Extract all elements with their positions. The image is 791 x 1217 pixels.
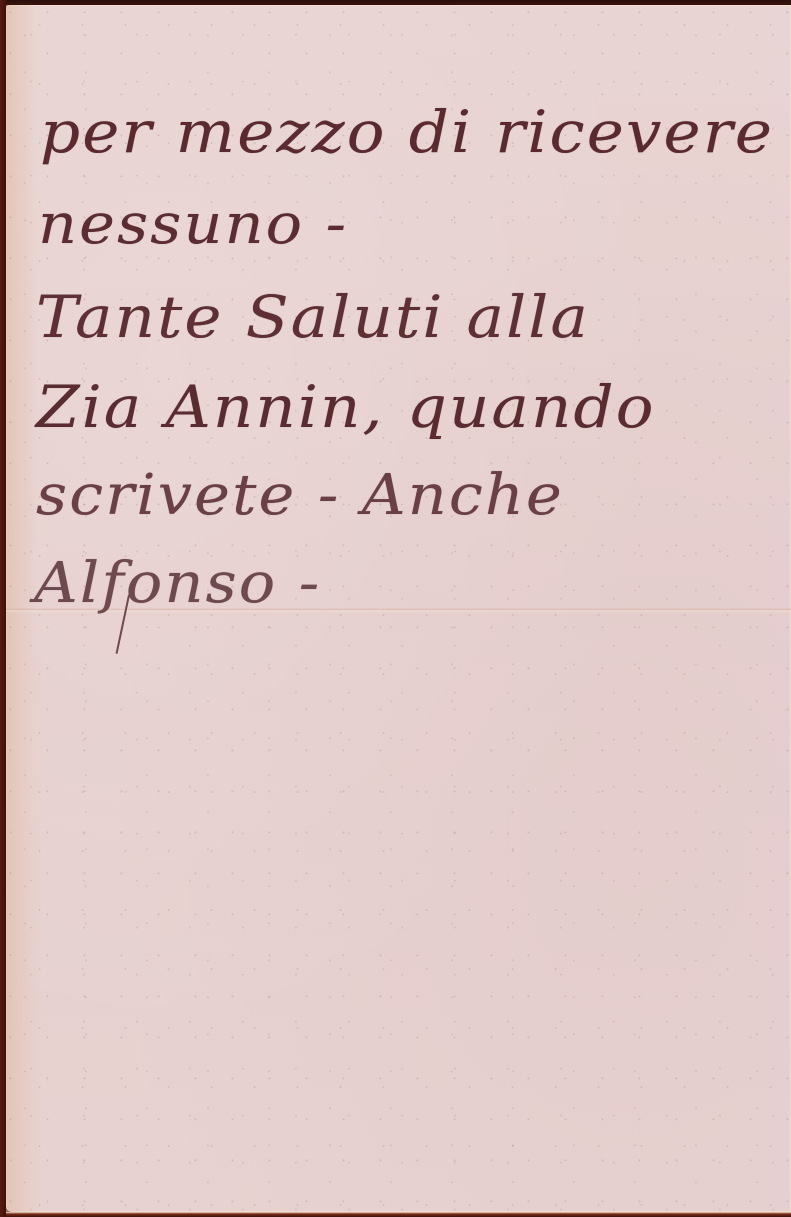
handwritten-line-2: nessuno - — [38, 197, 348, 253]
handwritten-line-3: Tante Saluti alla — [36, 288, 590, 346]
handwritten-line-4: Zia Annin, quando — [36, 378, 656, 436]
handwritten-text-block: per mezzo di ricevere nessuno - Tante Sa… — [0, 0, 791, 1217]
handwritten-line-5: scrivete - Anche — [36, 468, 564, 524]
handwritten-line-1: per mezzo di ricevere — [40, 103, 774, 161]
handwritten-line-6: Alfonso - — [34, 556, 321, 612]
